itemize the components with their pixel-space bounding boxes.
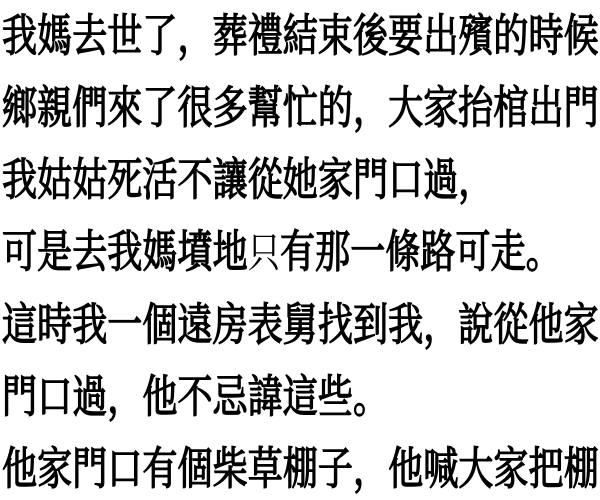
text-line-7: 他家門口有個柴草棚子，他喊大家把棚 <box>2 433 468 500</box>
text-line-3: 我姑姑死活不讓從她家門口過， <box>2 144 468 216</box>
text-line-5: 這時我一個遠房表舅找到我，說從他家 <box>2 289 468 361</box>
fallback-glyph: 只 <box>248 230 280 276</box>
text-line-1: 我媽去世了，葬禮結束後要出殯的時候 <box>2 0 468 72</box>
text-segment-before: 可是去我媽墳地 <box>2 226 248 277</box>
text-line-2: 鄉親們來了很多幫忙的，大家抬棺出門 <box>2 72 468 144</box>
text-line-4: 可是去我媽墳地只有那一條路可走。 <box>2 216 468 289</box>
story-text: 我媽去世了，葬禮結束後要出殯的時候 鄉親們來了很多幫忙的，大家抬棺出門 我姑姑死… <box>0 0 600 500</box>
text-segment-after: 有那一條路可走。 <box>280 226 561 277</box>
text-line-6: 門口過，他不忌諱這些。 <box>2 361 468 433</box>
